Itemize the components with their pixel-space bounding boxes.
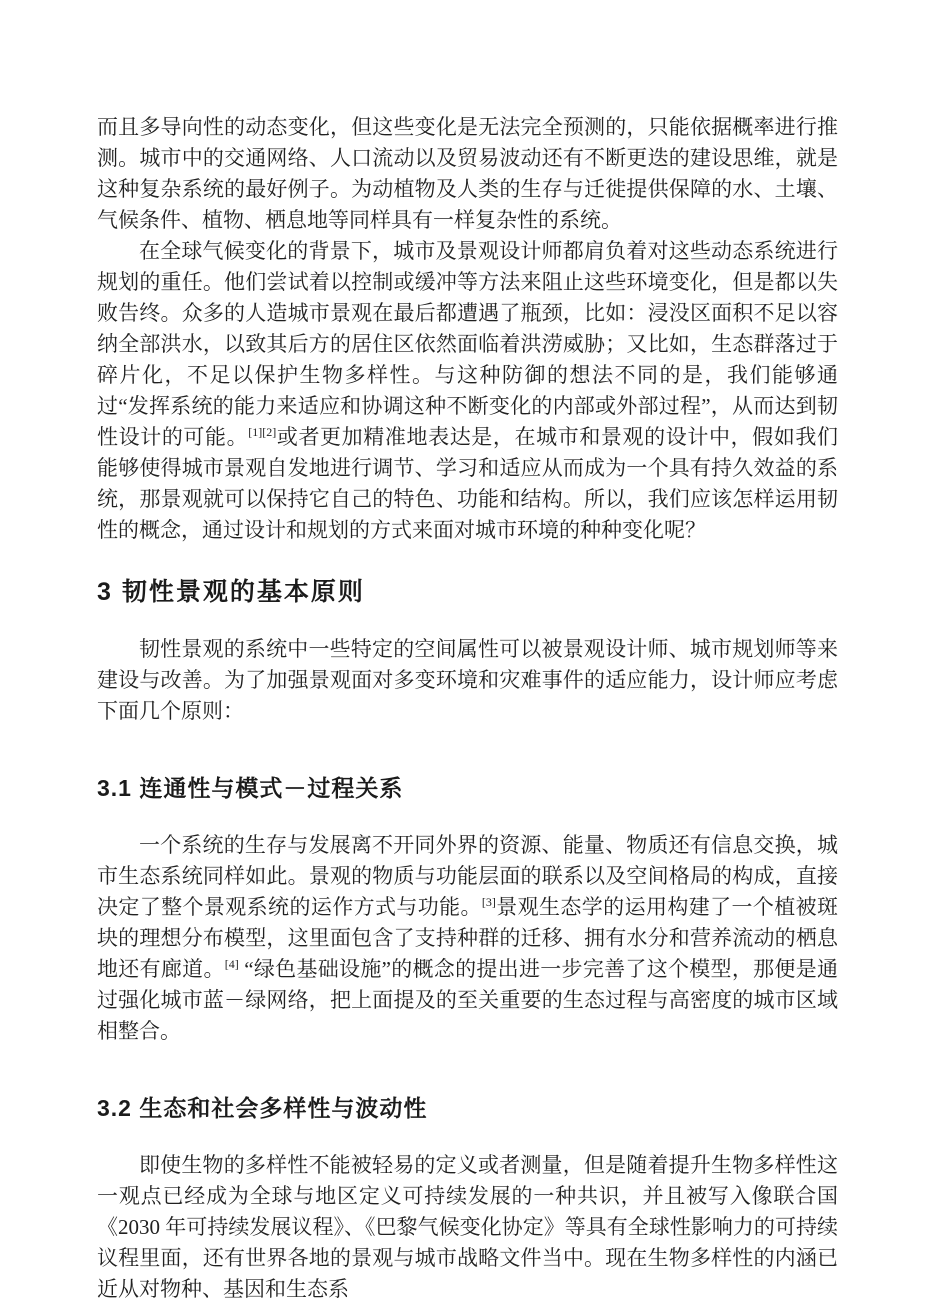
section-heading-3-1: 3.1 连通性与模式－过程关系 [97,774,838,802]
paragraph-intro: 在全球气候变化的背景下，城市及景观设计师都肩负着对这些动态系统进行规划的重任。他… [97,236,838,546]
citation-reference: [3] [482,895,496,909]
citation-reference: [1][2] [248,425,276,439]
text-run: 韧性景观的系统中一些特定的空间属性可以被景观设计师、城市规划师等来建设与改善。为… [97,637,838,723]
text-run: 而且多导向性的动态变化，但这些变化是无法完全预测的，只能依据概率进行推测。城市中… [97,115,838,232]
text-run: 在全球气候变化的背景下，城市及景观设计师都肩负着对这些动态系统进行规划的重任。他… [97,239,838,449]
section-heading-3: 3 韧性景观的基本原则 [97,577,838,607]
paragraph-section-3-1: 一个系统的生存与发展离不开同外界的资源、能量、物质还有信息交换，城市生态系统同样… [97,830,838,1047]
document-page: 而且多导向性的动态变化，但这些变化是无法完全预测的，只能依据概率进行推测。城市中… [0,0,926,1309]
citation-reference: [4] [225,957,239,971]
section-heading-3-2: 3.2 生态和社会多样性与波动性 [97,1094,838,1122]
paragraph-section-3-2: 即使生物的多样性不能被轻易的定义或者测量，但是随着提升生物多样性这一观点已经成为… [97,1150,838,1305]
paragraph-section-3: 韧性景观的系统中一些特定的空间属性可以被景观设计师、城市规划师等来建设与改善。为… [97,634,838,727]
text-run: 即使生物的多样性不能被轻易的定义或者测量，但是随着提升生物多样性这一观点已经成为… [97,1153,838,1301]
paragraph-continued-from-previous-page: 而且多导向性的动态变化，但这些变化是无法完全预测的，只能依据概率进行推测。城市中… [97,112,838,236]
